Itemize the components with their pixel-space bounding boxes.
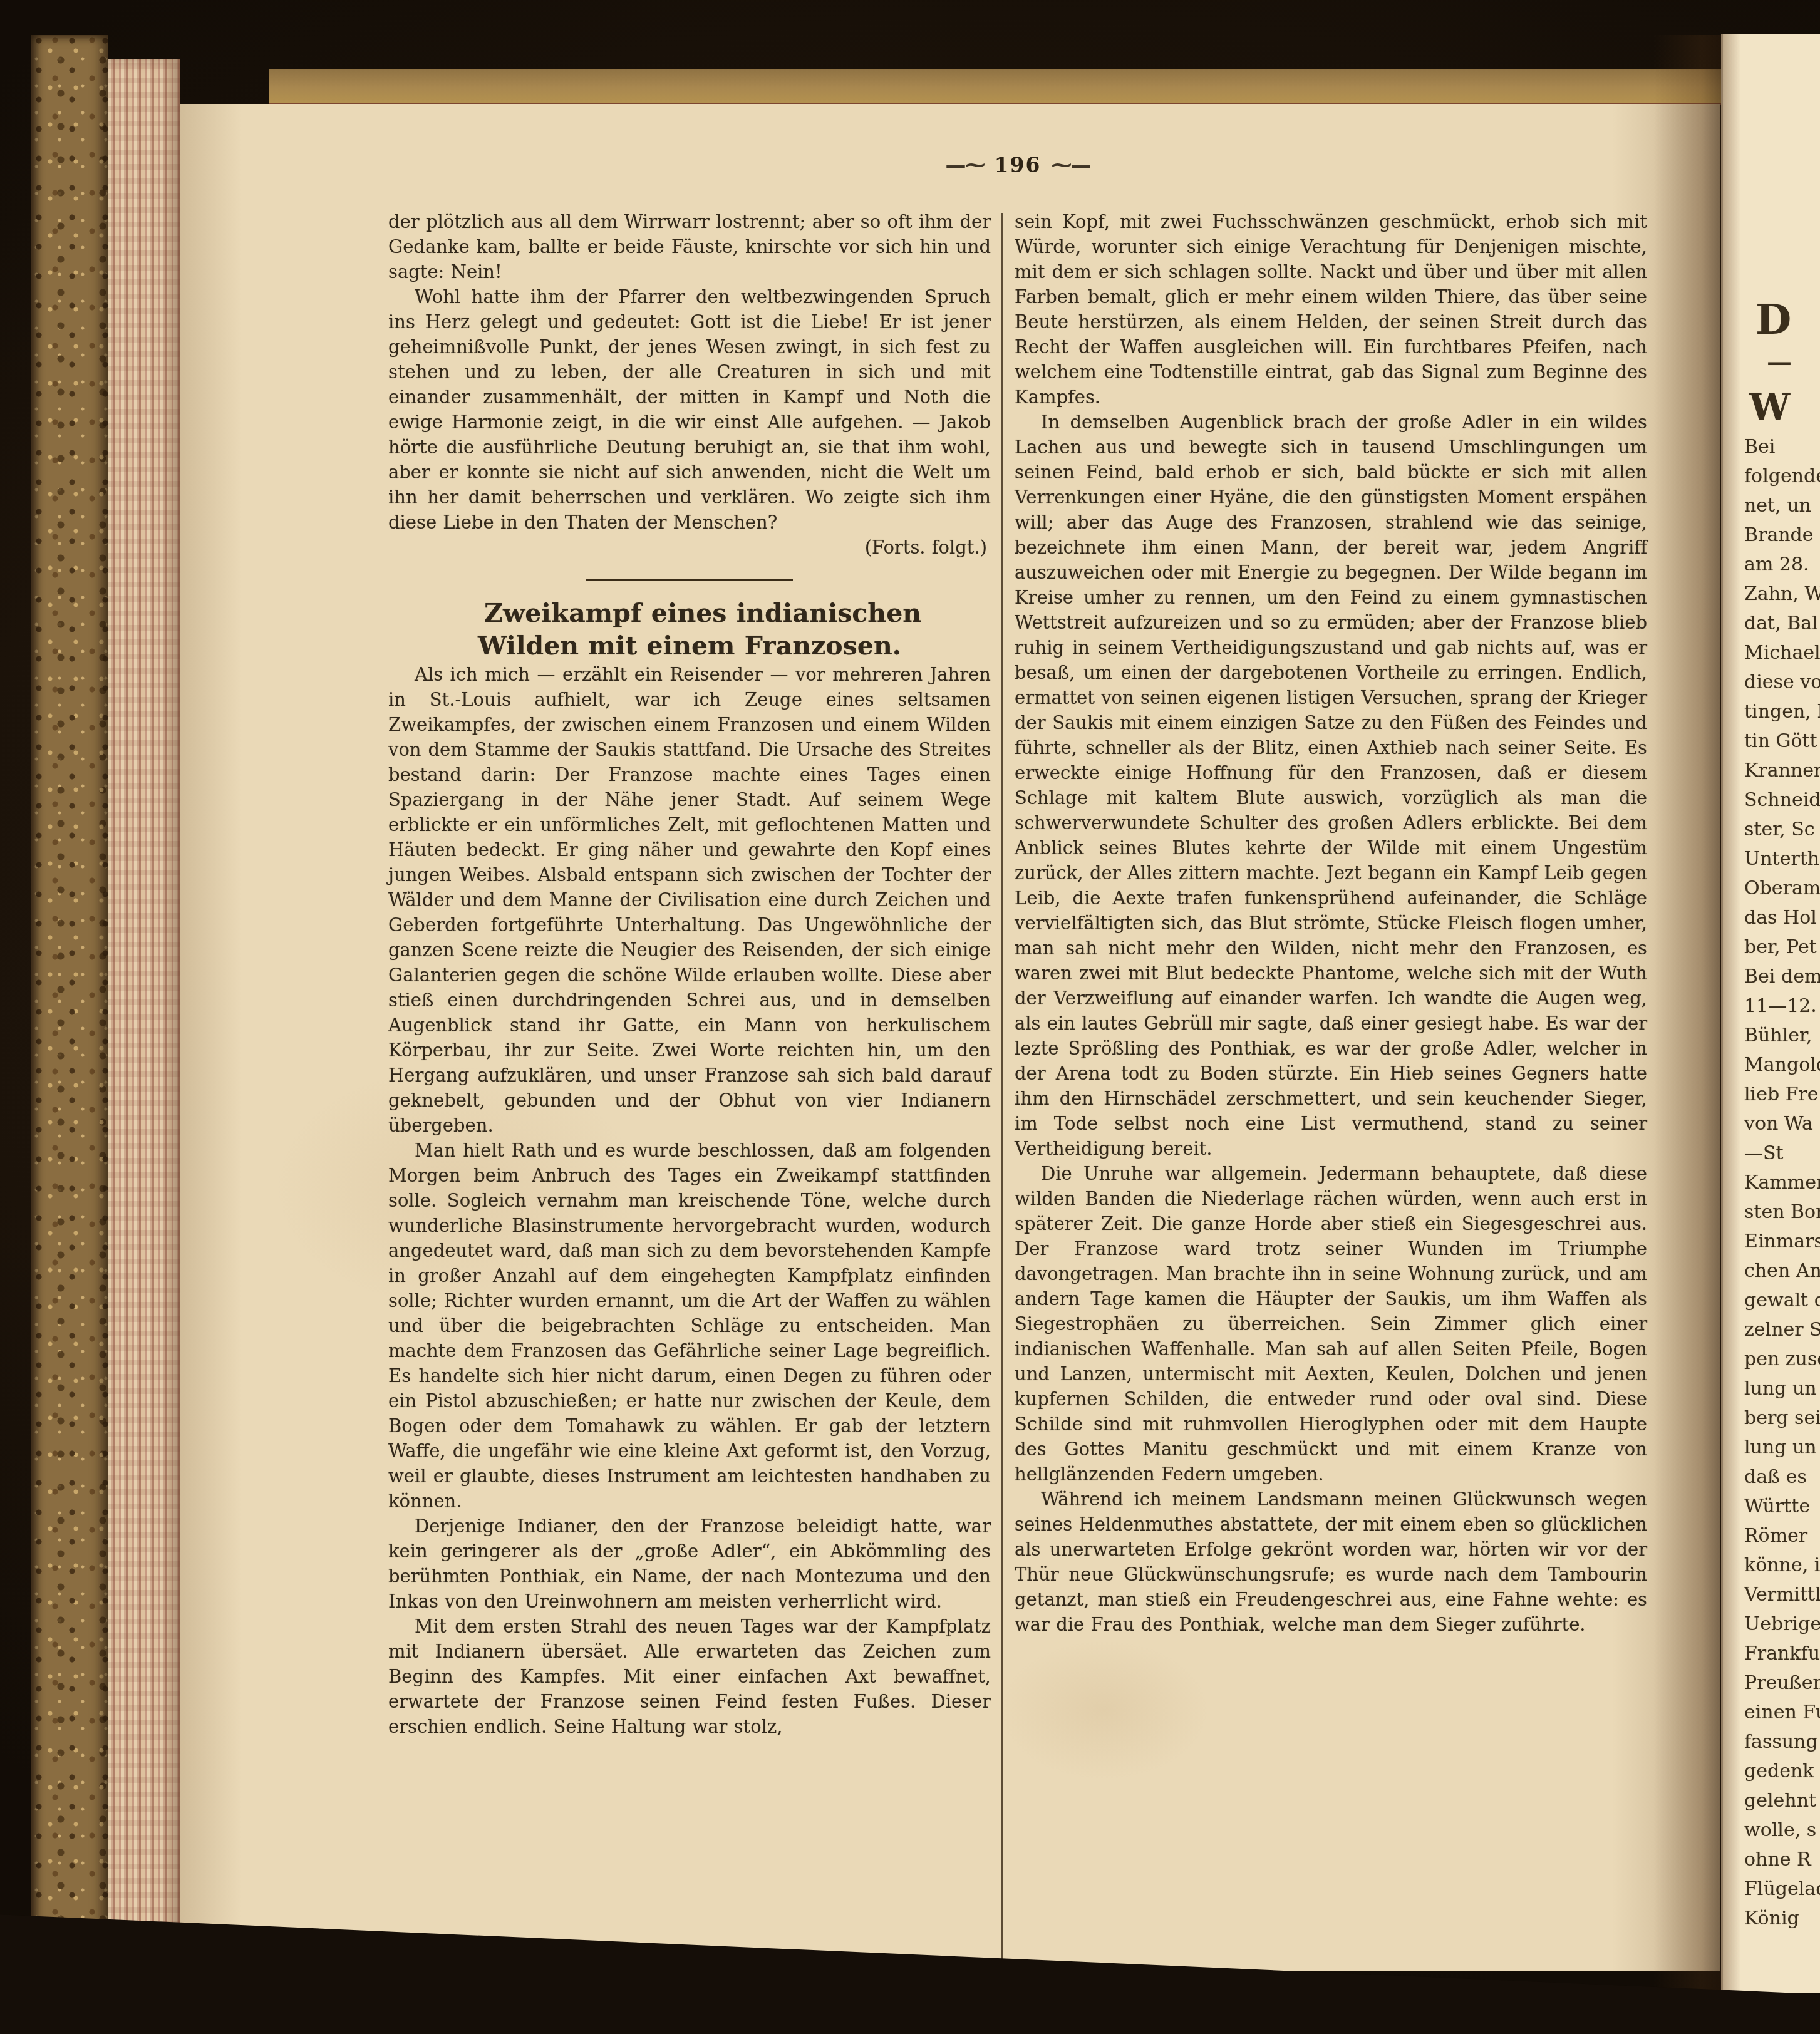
paragraph: In demselben Augenblick brach der große … <box>1015 410 1647 1161</box>
continuation-note: (Forts. folgt.) <box>388 535 991 560</box>
next-page-heading-initial: D <box>1755 297 1820 342</box>
next-page-text-fragment: gewalt d <box>1744 1286 1820 1315</box>
next-page-text-fragment: Mangold <box>1744 1050 1820 1080</box>
next-page-text-fragment: Kammer <box>1744 1168 1820 1197</box>
next-page-text-fragment: lung un <box>1744 1374 1820 1403</box>
next-page-text-fragment: das Hol <box>1744 903 1820 932</box>
next-page-text-fragment: Michael <box>1744 638 1820 668</box>
next-page-text-fragment: Brande <box>1744 520 1820 550</box>
next-page-text-fragment: fassung <box>1744 1727 1820 1757</box>
next-page-text-fragment: tin Gött <box>1744 726 1820 756</box>
next-page-text-fragment: Zahn, W <box>1744 579 1820 609</box>
next-page-text-fragment: ber, Pet <box>1744 932 1820 962</box>
paragraph-continuation: der plötzlich aus all dem Wirrwarr lostr… <box>388 209 991 284</box>
next-page-text-fragment: Krannen <box>1744 756 1820 785</box>
next-page-sliver: D — W Beifolgendenet, unBrandeam 28.Zahn… <box>1721 34 1820 1993</box>
next-page-text-fragment: König <box>1744 1904 1820 1933</box>
next-page-article-initial: W <box>1749 387 1820 427</box>
next-page-text-fragment: daß es <box>1744 1462 1820 1492</box>
next-page-fragment-lines: Beifolgendenet, unBrandeam 28.Zahn, Wdat… <box>1744 432 1820 1933</box>
next-page-text-fragment: net, un <box>1744 491 1820 520</box>
paragraph: Als ich mich — erzählt ein Reisender — v… <box>388 662 991 1138</box>
next-page-text-fragment: von Wa <box>1744 1109 1820 1138</box>
next-page-text-fragment: tingen, K <box>1744 697 1820 726</box>
book-photo: —⁓196⁓— der plötzlich aus all dem Wirrwa… <box>0 0 1820 2034</box>
next-page-text-fragment: Unterthal <box>1744 844 1820 874</box>
paragraph: Mit dem ersten Strahl des neuen Tages wa… <box>388 1614 991 1739</box>
book-cover-marbled-edge <box>31 35 108 1991</box>
next-page-text-fragment: 11—12. <box>1744 991 1820 1021</box>
next-page-text-fragment: gelehnt <box>1744 1786 1820 1815</box>
paragraph: Wohl hatte ihm der Pfarrer den weltbezwi… <box>388 284 991 535</box>
page-header: —⁓196⁓— <box>388 153 1647 177</box>
next-page-text-fragment: zelner S <box>1744 1315 1820 1345</box>
next-page-text-fragment: folgende <box>1744 462 1820 491</box>
next-page-text-fragment: —St <box>1744 1138 1820 1168</box>
next-page-text-fragment: Bühler, <box>1744 1021 1820 1050</box>
next-page-text-fragment: lung un <box>1744 1433 1820 1462</box>
article-heading: Zweikampf eines indianischen Wilden mit … <box>388 597 991 662</box>
next-page-text-fragment: Preußen <box>1744 1668 1820 1698</box>
next-page-text-fragment: pen zusch <box>1744 1345 1820 1374</box>
next-page-text-fragment: könne, i <box>1744 1551 1820 1580</box>
page-edge-stack <box>108 59 180 1970</box>
next-page-partial-column: D — W Beifolgendenet, unBrandeam 28.Zahn… <box>1744 297 1820 1933</box>
next-page-text-fragment: Bei dem <box>1744 962 1820 991</box>
next-page-text-fragment: lieb Fre <box>1744 1080 1820 1109</box>
next-page-separator: — <box>1767 348 1820 376</box>
next-page-text-fragment: Uebrige <box>1744 1609 1820 1639</box>
next-page-text-fragment: Einmars <box>1744 1227 1820 1256</box>
next-page-text-fragment: gedenk <box>1744 1757 1820 1786</box>
right-column: sein Kopf, mit zwei Fuchsschwänzen gesch… <box>1015 209 1647 1637</box>
next-page-text-fragment: diese vor <box>1744 668 1820 697</box>
left-page: —⁓196⁓— der plötzlich aus all dem Wirrwa… <box>180 104 1720 1971</box>
next-page-text-fragment: Oberamt <box>1744 874 1820 903</box>
next-page-text-fragment: Flügelad <box>1744 1874 1820 1904</box>
next-page-text-fragment: Römer <box>1744 1521 1820 1551</box>
next-page-text-fragment: am 28. <box>1744 550 1820 579</box>
text-columns: der plötzlich aus all dem Wirrwarr lostr… <box>388 209 1647 1971</box>
next-page-text-fragment: sten Bor <box>1744 1197 1820 1227</box>
left-column: der plötzlich aus all dem Wirrwarr lostr… <box>388 209 991 1739</box>
next-page-text-fragment: wolle, s <box>1744 1815 1820 1845</box>
next-page-text-fragment: Bei <box>1744 432 1820 462</box>
next-page-text-fragment: dat, Bal <box>1744 609 1820 638</box>
next-page-text-fragment: einen Fu <box>1744 1698 1820 1727</box>
paragraph: Die Unruhe war allgemein. Jedermann beha… <box>1015 1161 1647 1487</box>
paragraph: Man hielt Rath und es wurde beschlossen,… <box>388 1138 991 1514</box>
next-page-text-fragment: ohne R <box>1744 1845 1820 1874</box>
next-page-text-fragment: Vermittl <box>1744 1580 1820 1609</box>
paragraph: Derjenige Indianer, den der Franzose bel… <box>388 1514 991 1614</box>
header-ornament-right: ⁓— <box>1051 153 1090 177</box>
next-page-text-fragment: Frankfu <box>1744 1639 1820 1668</box>
section-separator-rule <box>586 579 793 581</box>
next-page-text-fragment: Schneide <box>1744 785 1820 815</box>
page-block-top-edge <box>269 69 1820 105</box>
paragraph-continuation: sein Kopf, mit zwei Fuchsschwänzen gesch… <box>1015 209 1647 410</box>
header-ornament-left: —⁓ <box>946 153 985 177</box>
next-page-text-fragment: chen An <box>1744 1256 1820 1286</box>
page-number: 196 <box>995 153 1042 177</box>
next-page-text-fragment: ster, Sc <box>1744 815 1820 844</box>
paragraph: Während ich meinem Landsmann meinen Glüc… <box>1015 1487 1647 1637</box>
next-page-text-fragment: berg sein <box>1744 1403 1820 1433</box>
next-page-text-fragment: Württe <box>1744 1492 1820 1521</box>
column-divider-rule <box>1001 213 1003 1971</box>
